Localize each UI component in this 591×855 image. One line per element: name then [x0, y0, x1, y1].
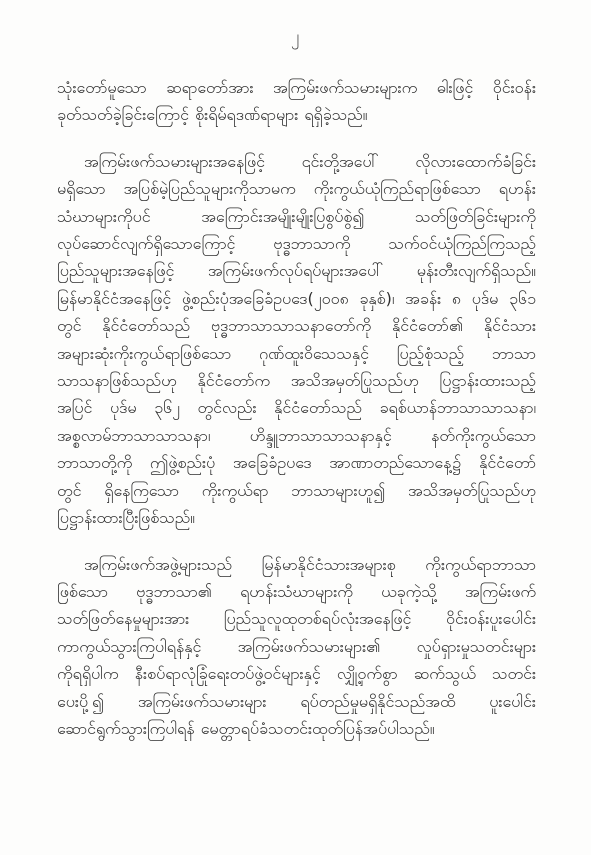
- text-line: ကာကွယ်သွားကြပါရန်နှင့် အကြမ်းဖက်သမားများ…: [57, 633, 536, 660]
- paragraph: သုံးတော်မူသော ဆရာတော်အား အကြမ်းဖက်သမားမျ…: [57, 74, 536, 129]
- text-line: လုပ်ဆောင်လျက်ရှိသောကြောင့် ဗုဒ္ဓဘာသာကို …: [57, 230, 536, 257]
- text-line: ကိုရရှိပါက နီးစပ်ရာလုံခြုံရေးတပ်ဖွဲ့ဝင်မ…: [57, 660, 536, 687]
- text-line: ခုတ်သတ်ခဲ့ခြင်းကြောင့် စိုးရိမ်ရဒဏ်ရာမျာ…: [57, 101, 536, 128]
- text-line: အကြမ်းဖက်အဖွဲ့များသည် မြန်မာနိုင်ငံသားအမ…: [57, 551, 536, 578]
- text-line: တွင် နိုင်ငံတော်သည် ဗုဒ္ဓဘာသာသာသနာတော်ကိ…: [57, 312, 536, 339]
- paragraph: အကြမ်းဖက်အဖွဲ့များသည် မြန်မာနိုင်ငံသားအမ…: [57, 551, 536, 743]
- text-line: ပြည်သူများအနေဖြင့် အကြမ်းဖက်လုပ်ရပ်များအ…: [57, 257, 536, 284]
- text-line: သတ်ဖြတ်နေမှုများအား ပြည်သူလူထုတစ်ရပ်လုံး…: [57, 605, 536, 632]
- text-line: ပေးပို့၍ အကြမ်းဖက်သမားများ ရပ်တည်မှုမရှိ…: [57, 688, 536, 715]
- document-page: ၂ သုံးတော်မူသော ဆရာတော်အား အကြမ်းဖက်သမား…: [0, 0, 591, 855]
- text-line: သုံးတော်မူသော ဆရာတော်အား အကြမ်းဖက်သမားမျ…: [57, 74, 536, 101]
- text-line: အများဆုံးကိုးကွယ်ရာဖြစ်သော ဂုဏ်ထူးဝိသေသန…: [57, 340, 536, 367]
- text-line: ဘာသာတို့ကို ဤဖွဲ့စည်းပုံ အခြေခံဥပဒေ အာဏာ…: [57, 449, 536, 476]
- text-line: သာသနာဖြစ်သည်ဟု နိုင်ငံတော်က အသိအမှတ်ပြုသ…: [57, 367, 536, 394]
- text-line: ဖြစ်သော ဗုဒ္ဓဘာသာ၏ ရဟန်းသံဃာများကို ယခုက…: [57, 578, 536, 605]
- text-line: အစ္စလာမ်ဘာသာသာသနာ၊ ဟိန္ဒူဘာသာသာသနာနှင့် …: [57, 422, 536, 449]
- text-line: သံဃာများကိုပင် အကြောင်းအမျိုးမျိုးပြစွပ်…: [57, 203, 536, 230]
- text-line: အပြင် ပုဒ်မ ၃၆၂ တွင်လည်း နိုင်ငံတော်သည် …: [57, 394, 536, 421]
- text-line: ပြဋ္ဌာန်းထားပြီးဖြစ်သည်။: [57, 504, 536, 531]
- paragraph: အကြမ်းဖက်သမားများအနေဖြင့် ၎င်းတို့အပေါ် …: [57, 148, 536, 532]
- text-line: မြန်မာနိုင်ငံအနေဖြင့် ဖွဲ့စည်းပုံအခြေခံဥ…: [57, 285, 536, 312]
- text-line: အကြမ်းဖက်သမားများအနေဖြင့် ၎င်းတို့အပေါ် …: [57, 148, 536, 175]
- text-line: ဆောင်ရွက်သွားကြပါရန် မေတ္တာရပ်ခံသတင်းထုတ…: [57, 715, 536, 742]
- document-body: သုံးတော်မူသော ဆရာတော်အား အကြမ်းဖက်သမားမျ…: [57, 74, 536, 742]
- text-line: တွင် ရှိနေကြသော ကိုးကွယ်ရာ ဘာသာများဟူ၍ အ…: [57, 477, 536, 504]
- text-line: မရှိသော အပြစ်မဲ့ပြည်သူများကိုသာမက ကိုးကွ…: [57, 175, 536, 202]
- page-number: ၂: [0, 26, 591, 51]
